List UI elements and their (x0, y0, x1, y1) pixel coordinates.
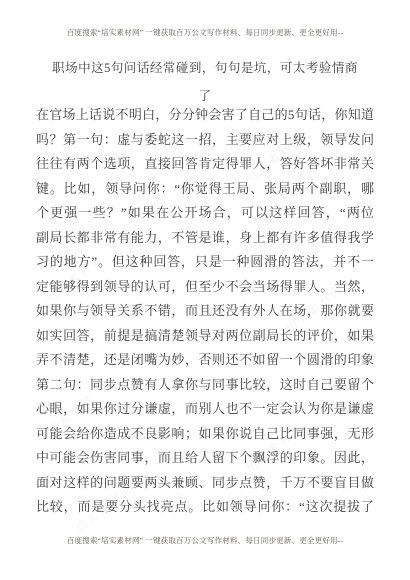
body-text-line: 如果你与领导关系不错，而且还没有外人在场，那你就要 (36, 299, 374, 324)
body-text-line: 副局长都非常有能力，不管是谁，身上都有许多值得我学 (36, 226, 374, 251)
header-promo-note: 百度搜索“培实素材网” 一键获取百万公文写作材料、每日同步更新、更全更好用-- (10, 28, 400, 38)
body-text-line: 在官场上话说不明白，分分钟会害了自己的5句话，你知道 (36, 103, 374, 128)
body-text-line: 面对这样的问题要两头兼顾、同步点赞，千万不要盲目做 (36, 471, 374, 496)
body-text-line: 习的地方”。但这种回答，只是一种圆滑的答法，并不一 (36, 250, 374, 275)
footer-promo-note: 百度搜索“培实素材网” 一键获取百万公文写作材料、每日同步更新、更全更好用-- (10, 536, 400, 546)
body-text-line: 吗？第一句：虚与委蛇这一招，主要应对上级，领导发问 (36, 128, 374, 153)
body-text-line: 比较，而是要分头找亮点。比如领导问你：“这次提拔了 (36, 495, 374, 520)
body-text-line: 往往有两个选项，直接回答肯定得罪人，答好答坏非常关 (36, 152, 374, 177)
body-text-line: 可能会给你造成不良影响；如果你说自己比同事强，无形 (36, 422, 374, 447)
body-text-line: 弄不清楚，还是闭嘴为妙，否则还不如留一个圆滑的印象 (36, 348, 374, 373)
body-text-line: 定能够得到领导的认可，但至少不会当场得罪人。当然， (36, 275, 374, 300)
document-page: 培实素材网 培实素材网 培实素材网 培实素材网 培实素材网 培实素材网 百度搜索… (0, 0, 410, 580)
document-body: 在官场上话说不明白，分分钟会害了自己的5句话，你知道 吗？第一句：虚与委蛇这一招… (36, 103, 374, 520)
body-text-line: 第二句：同步点赞有人拿你与同事比较，这时自己要留个 (36, 373, 374, 398)
document-title-line: 职场中这5句问话经常碰到，句句是坑，可太考验情商 (36, 54, 374, 82)
document-title: 职场中这5句问话经常碰到，句句是坑，可太考验情商 了 (36, 54, 374, 110)
body-text-line: 如实回答，前提是搞清楚领导对两位副局长的评价，如果 (36, 324, 374, 349)
body-text-line: 中可能会伤害同事，而且给人留下个飘浮的印象。因此， (36, 446, 374, 471)
body-text-line: 键。比如，领导问你：“你觉得王局、张局两个副职，哪 (36, 177, 374, 202)
body-text-line: 心眼，如果你过分谦虚，而别人也不一定会认为你是谦虚 (36, 397, 374, 422)
body-text-line: 个更强一些？”如果在公开场合，可以这样回答，“两位 (36, 201, 374, 226)
